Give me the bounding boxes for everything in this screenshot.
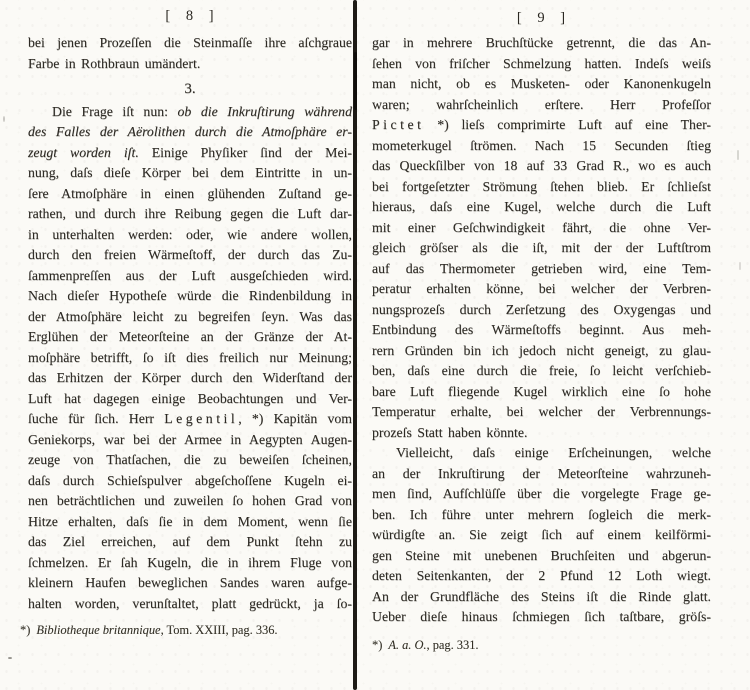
text-line: des Falles der Aërolithen durch die Atmo…	[28, 122, 352, 143]
text-segment: ben, daſs eine durch die freie, ſo leich…	[372, 363, 711, 378]
text-segment: daſs durch Schieſspulver abgeſchoſſene K…	[28, 473, 352, 488]
text-line: moſphäre betrifft, ſo iſt dies freilich …	[28, 348, 352, 369]
text-segment: waren; wahrſcheinlich erſtere. Herr Prof…	[372, 97, 711, 112]
text-line: das Queckſilber von 18 auf 33 Grad R., w…	[372, 156, 711, 177]
text-line: daſs durch Schieſspulver abgeſchoſſene K…	[28, 471, 352, 492]
text-line: mometerkugel ſtrömen. Nach 15 Secunden ſ…	[372, 136, 711, 157]
footnote-citation: , Tom. XXIII, pag. 336.	[161, 623, 278, 637]
text-segment: ſammenpreſſen aus der Luft ausgeſchieden…	[28, 268, 352, 283]
footnote-source-title: Bibliotheque britannique	[36, 623, 160, 637]
person-name: Legentil	[164, 411, 238, 426]
text-line: zeugt worden iſt. Einige Phyſiker ſind d…	[28, 143, 352, 164]
text-segment: Nach dieſer Hypotheſe würde die Rindenbi…	[28, 288, 352, 303]
text-segment: gar in mehrere Bruchſtücke getrennt, die…	[372, 35, 711, 50]
text-segment: das Queckſilber von 18 auf 33 Grad R., w…	[372, 158, 711, 173]
text-segment: Vielleicht, daſs einige Erſcheinungen, w…	[396, 445, 711, 460]
left-page: [ 8 ] bei jenen Prozeſſen die Steinmaſſe…	[28, 0, 352, 638]
text-segment: ob die Inkruſtirung während	[178, 104, 352, 119]
text-segment: Farbe in Rothbraun umändert.	[28, 56, 200, 71]
text-segment: prozeſs Statt haben könnte.	[372, 425, 527, 440]
text-line: durch den freien Wärmeſtoff, der durch d…	[28, 245, 352, 266]
text-segment: würdigſte an. Sie zeigt ſich auf einem k…	[372, 527, 711, 542]
text-line: man nicht, ob es Musketen- oder Kanonenk…	[372, 74, 711, 95]
text-segment: moſphäre betrifft, ſo iſt dies freilich …	[28, 350, 352, 365]
text-line: Erglühen der Meteorſteine an der Gränze …	[28, 327, 352, 348]
text-line: an der Inkruſtirung der Meteorſteine wah…	[372, 464, 711, 485]
page-gutter-divider-line	[353, 0, 357, 690]
text-segment: deten Seitenkanten, der 2 Pfund 12 Loth …	[372, 568, 711, 583]
text-segment: Einige Phyſiker ſind der Mei-	[152, 145, 352, 160]
text-line: ben, daſs eine durch die freie, ſo leich…	[372, 361, 711, 382]
footnote-asterisk-marker: *)	[372, 638, 382, 652]
text-segment: Entbindung des Wärmeſtoffs beginnt. Aus …	[372, 322, 711, 337]
text-line: ſuche für ſich. Herr Legentil, *) Kapitä…	[28, 409, 352, 430]
left-body-paragraph: Die Frage iſt nun: ob die Inkruſtirung w…	[28, 102, 352, 615]
footnote-asterisk-marker: *)	[20, 623, 30, 637]
left-page-number: [ 8 ]	[28, 8, 352, 25]
text-segment: Die Frage iſt nun:	[52, 104, 178, 119]
scan-speck	[739, 262, 741, 270]
text-segment: ſuche für ſich. Herr	[28, 411, 164, 426]
text-line: rathen, und durch ihre Reibung gegen die…	[28, 204, 352, 225]
text-line: das Ziel erreichen, auf dem Punkt ſtehn …	[28, 532, 352, 553]
text-segment: das Ziel erreichen, auf dem Punkt ſtehn …	[28, 534, 352, 549]
text-segment: nung, daſs dieſe Körper bei dem Eintritt…	[28, 165, 352, 180]
text-segment: das Erhitzen der Körper durch den Widerſ…	[28, 370, 352, 385]
text-segment: nungsprozeſs durch Zerſetzung des Oxygen…	[372, 302, 711, 317]
section-number-heading: 3.	[28, 79, 352, 100]
text-segment: Ueber dieſe hinaus ſchmiegen ſich taſtba…	[372, 609, 711, 624]
text-line: Entbindung des Wärmeſtoffs beginnt. Aus …	[372, 320, 711, 341]
text-line: waren; wahrſcheinlich erſtere. Herr Prof…	[372, 95, 711, 116]
text-line: deten Seitenkanten, der 2 Pfund 12 Loth …	[372, 566, 711, 587]
text-segment: zeugt worden iſt.	[28, 145, 152, 160]
left-footnote: *)Bibliotheque britannique, Tom. XXIII, …	[20, 622, 352, 638]
text-line: gen Steine mit unebenen Bruchſeiten und …	[372, 546, 711, 567]
text-line: auf das Thermometer getrieben wird, eine…	[372, 259, 711, 280]
text-line: Hitze erhalten, daſs ſie in dem Moment, …	[28, 512, 352, 533]
text-segment: men ſind, Aufſchlüſſe über die vorgelegt…	[372, 486, 711, 501]
text-segment: bei jenen Prozeſſen die Steinmaſſe ihre …	[28, 35, 352, 50]
text-line: ſere Atmoſphäre in einen glühenden Zuſta…	[28, 184, 352, 205]
text-line: bei jenen Prozeſſen die Steinmaſſe ihre …	[28, 33, 352, 54]
text-line: ſchmelzen. Er ſah Kugeln, die in ihrem F…	[28, 553, 352, 574]
text-line: in unterhalten werden: oder, wie andere …	[28, 225, 352, 246]
text-line: ſammenpreſſen aus der Luft ausgeſchieden…	[28, 266, 352, 287]
right-second-paragraph: Vielleicht, daſs einige Erſcheinungen, w…	[372, 443, 711, 628]
text-segment: rathen, und durch ihre Reibung gegen die…	[28, 206, 352, 221]
text-line: kleinern Haufen beweglichen Sandes waren…	[28, 573, 352, 594]
text-segment: halten worden, verunſtaltet, platt gedrü…	[28, 596, 352, 611]
text-line: der Atmoſphäre leicht zu begreifen ſeyn.…	[28, 307, 352, 328]
text-line: prozeſs Statt haben könnte.	[372, 423, 711, 444]
text-segment: des Falles der Aërolithen durch die Atmo…	[28, 124, 352, 139]
text-line: halten worden, verunſtaltet, platt gedrü…	[28, 594, 352, 615]
text-line: würdigſte an. Sie zeigt ſich auf einem k…	[372, 525, 711, 546]
text-line: Vielleicht, daſs einige Erſcheinungen, w…	[372, 443, 711, 464]
text-segment: durch den freien Wärmeſtoff, der durch d…	[28, 247, 352, 262]
text-line: Geniekorps, war bei der Armee in Aegypte…	[28, 430, 352, 451]
text-line: Farbe in Rothbraun umändert.	[28, 54, 352, 75]
text-line: nung, daſs dieſe Körper bei dem Eintritt…	[28, 163, 352, 184]
book-scan-page: [ 8 ] bei jenen Prozeſſen die Steinmaſſe…	[0, 0, 750, 690]
text-segment: ſehen von friſcher Schmelzung hatten. In…	[372, 56, 711, 71]
left-intro-paragraph: bei jenen Prozeſſen die Steinmaſſe ihre …	[28, 33, 352, 74]
text-segment: auf das Thermometer getrieben wird, eine…	[372, 261, 711, 276]
text-segment: kleinern Haufen beweglichen Sandes waren…	[28, 575, 352, 590]
person-name: Pictet	[372, 117, 424, 132]
text-line: gleich gröſser als die iſt, mit der der …	[372, 238, 711, 259]
text-line: hieraus, daſs eine Kugel, welche durch d…	[372, 197, 711, 218]
text-segment: , *) Kapitän vom	[238, 411, 352, 426]
text-line: das Erhitzen der Körper durch den Widerſ…	[28, 368, 352, 389]
text-line: nungsprozeſs durch Zerſetzung des Oxygen…	[372, 300, 711, 321]
text-segment: peratur erhalten könne, bei welcher der …	[372, 281, 711, 296]
right-page-number: [ 9 ]	[372, 10, 711, 27]
text-segment: gleich gröſser als die iſt, mit der der …	[372, 240, 711, 255]
text-line: Die Frage iſt nun: ob die Inkruſtirung w…	[28, 102, 352, 123]
right-body-paragraph: gar in mehrere Bruchſtücke getrennt, die…	[372, 33, 711, 443]
text-line: peratur erhalten könne, bei welcher der …	[372, 279, 711, 300]
scan-speck	[3, 116, 5, 122]
text-segment: Luft hat dagegen einige Beobachtungen un…	[28, 391, 352, 406]
text-line: bare Luft fliegende Kugel wirklich eine …	[372, 382, 711, 403]
text-segment: der Atmoſphäre leicht zu begreifen ſeyn.…	[28, 309, 352, 324]
text-segment: Geniekorps, war bei der Armee in Aegypte…	[28, 432, 352, 447]
text-line: zeuge von Thatſachen, die zu beweiſen ſc…	[28, 450, 352, 471]
text-segment: mometerkugel ſtrömen. Nach 15 Secunden ſ…	[372, 138, 711, 153]
right-page: [ 9 ] gar in mehrere Bruchſtücke getrenn…	[372, 0, 711, 653]
text-segment: ben. Ich führe unter mehrern ſogleich di…	[372, 507, 711, 522]
text-segment: zeuge von Thatſachen, die zu beweiſen ſc…	[28, 452, 352, 467]
text-segment: Hitze erhalten, daſs ſie in dem Moment, …	[28, 514, 352, 529]
text-segment: in unterhalten werden: oder, wie andere …	[28, 227, 352, 242]
text-segment: *) lieſs comprimirte Luft auf eine Ther-	[424, 117, 711, 132]
text-line: rern Gründen bin ich jedoch nicht geneig…	[372, 341, 711, 362]
text-line: gar in mehrere Bruchſtücke getrennt, die…	[372, 33, 711, 54]
footnote-source-abbreviation: A. a. O.	[388, 638, 426, 652]
text-segment: hieraus, daſs eine Kugel, welche durch d…	[372, 199, 711, 214]
text-segment: Temperatur erhalte, bei welcher der Verb…	[372, 404, 711, 419]
scan-speck	[737, 150, 739, 160]
text-segment: ſere Atmoſphäre in einen glühenden Zuſta…	[28, 186, 352, 201]
text-line: nen beträchtlichen und zuweilen ſo hohen…	[28, 491, 352, 512]
text-line: An der Grundfläche des Steins iſt die Ri…	[372, 587, 711, 608]
text-line: men ſind, Aufſchlüſſe über die vorgelegt…	[372, 484, 711, 505]
text-segment: An der Grundfläche des Steins iſt die Ri…	[372, 589, 711, 604]
footnote-citation: , pag. 331.	[427, 638, 479, 652]
text-line: Luft hat dagegen einige Beobachtungen un…	[28, 389, 352, 410]
text-line: bei fortgeſetzter Strömung ſtehen blieb.…	[372, 177, 711, 198]
text-line: Pictet *) lieſs comprimirte Luft auf ein…	[372, 115, 711, 136]
right-footnote: *)A. a. O., pag. 331.	[372, 637, 711, 653]
text-line: Nach dieſer Hypotheſe würde die Rindenbi…	[28, 286, 352, 307]
text-line: ben. Ich führe unter mehrern ſogleich di…	[372, 505, 711, 526]
text-segment: nen beträchtlichen und zuweilen ſo hohen…	[28, 493, 352, 508]
text-segment: rern Gründen bin ich jedoch nicht geneig…	[372, 343, 711, 358]
text-segment: man nicht, ob es Musketen- oder Kanonenk…	[372, 76, 711, 91]
text-segment: bei fortgeſetzter Strömung ſtehen blieb.…	[372, 179, 711, 194]
text-segment: ſchmelzen. Er ſah Kugeln, die in ihrem F…	[28, 555, 352, 570]
text-segment: bare Luft fliegende Kugel wirklich eine …	[372, 384, 711, 399]
text-line: Ueber dieſe hinaus ſchmiegen ſich taſtba…	[372, 607, 711, 628]
text-line: Temperatur erhalte, bei welcher der Verb…	[372, 402, 711, 423]
text-segment: an der Inkruſtirung der Meteorſteine wah…	[372, 466, 711, 481]
text-line: ſehen von friſcher Schmelzung hatten. In…	[372, 54, 711, 75]
text-segment: Erglühen der Meteorſteine an der Gränze …	[28, 329, 352, 344]
scan-speck	[8, 657, 12, 659]
text-line: mit einer Geſchwindigkeit fährt, die ohn…	[372, 218, 711, 239]
text-segment: gen Steine mit unebenen Bruchſeiten und …	[372, 548, 711, 563]
text-segment: mit einer Geſchwindigkeit fährt, die ohn…	[372, 220, 711, 235]
